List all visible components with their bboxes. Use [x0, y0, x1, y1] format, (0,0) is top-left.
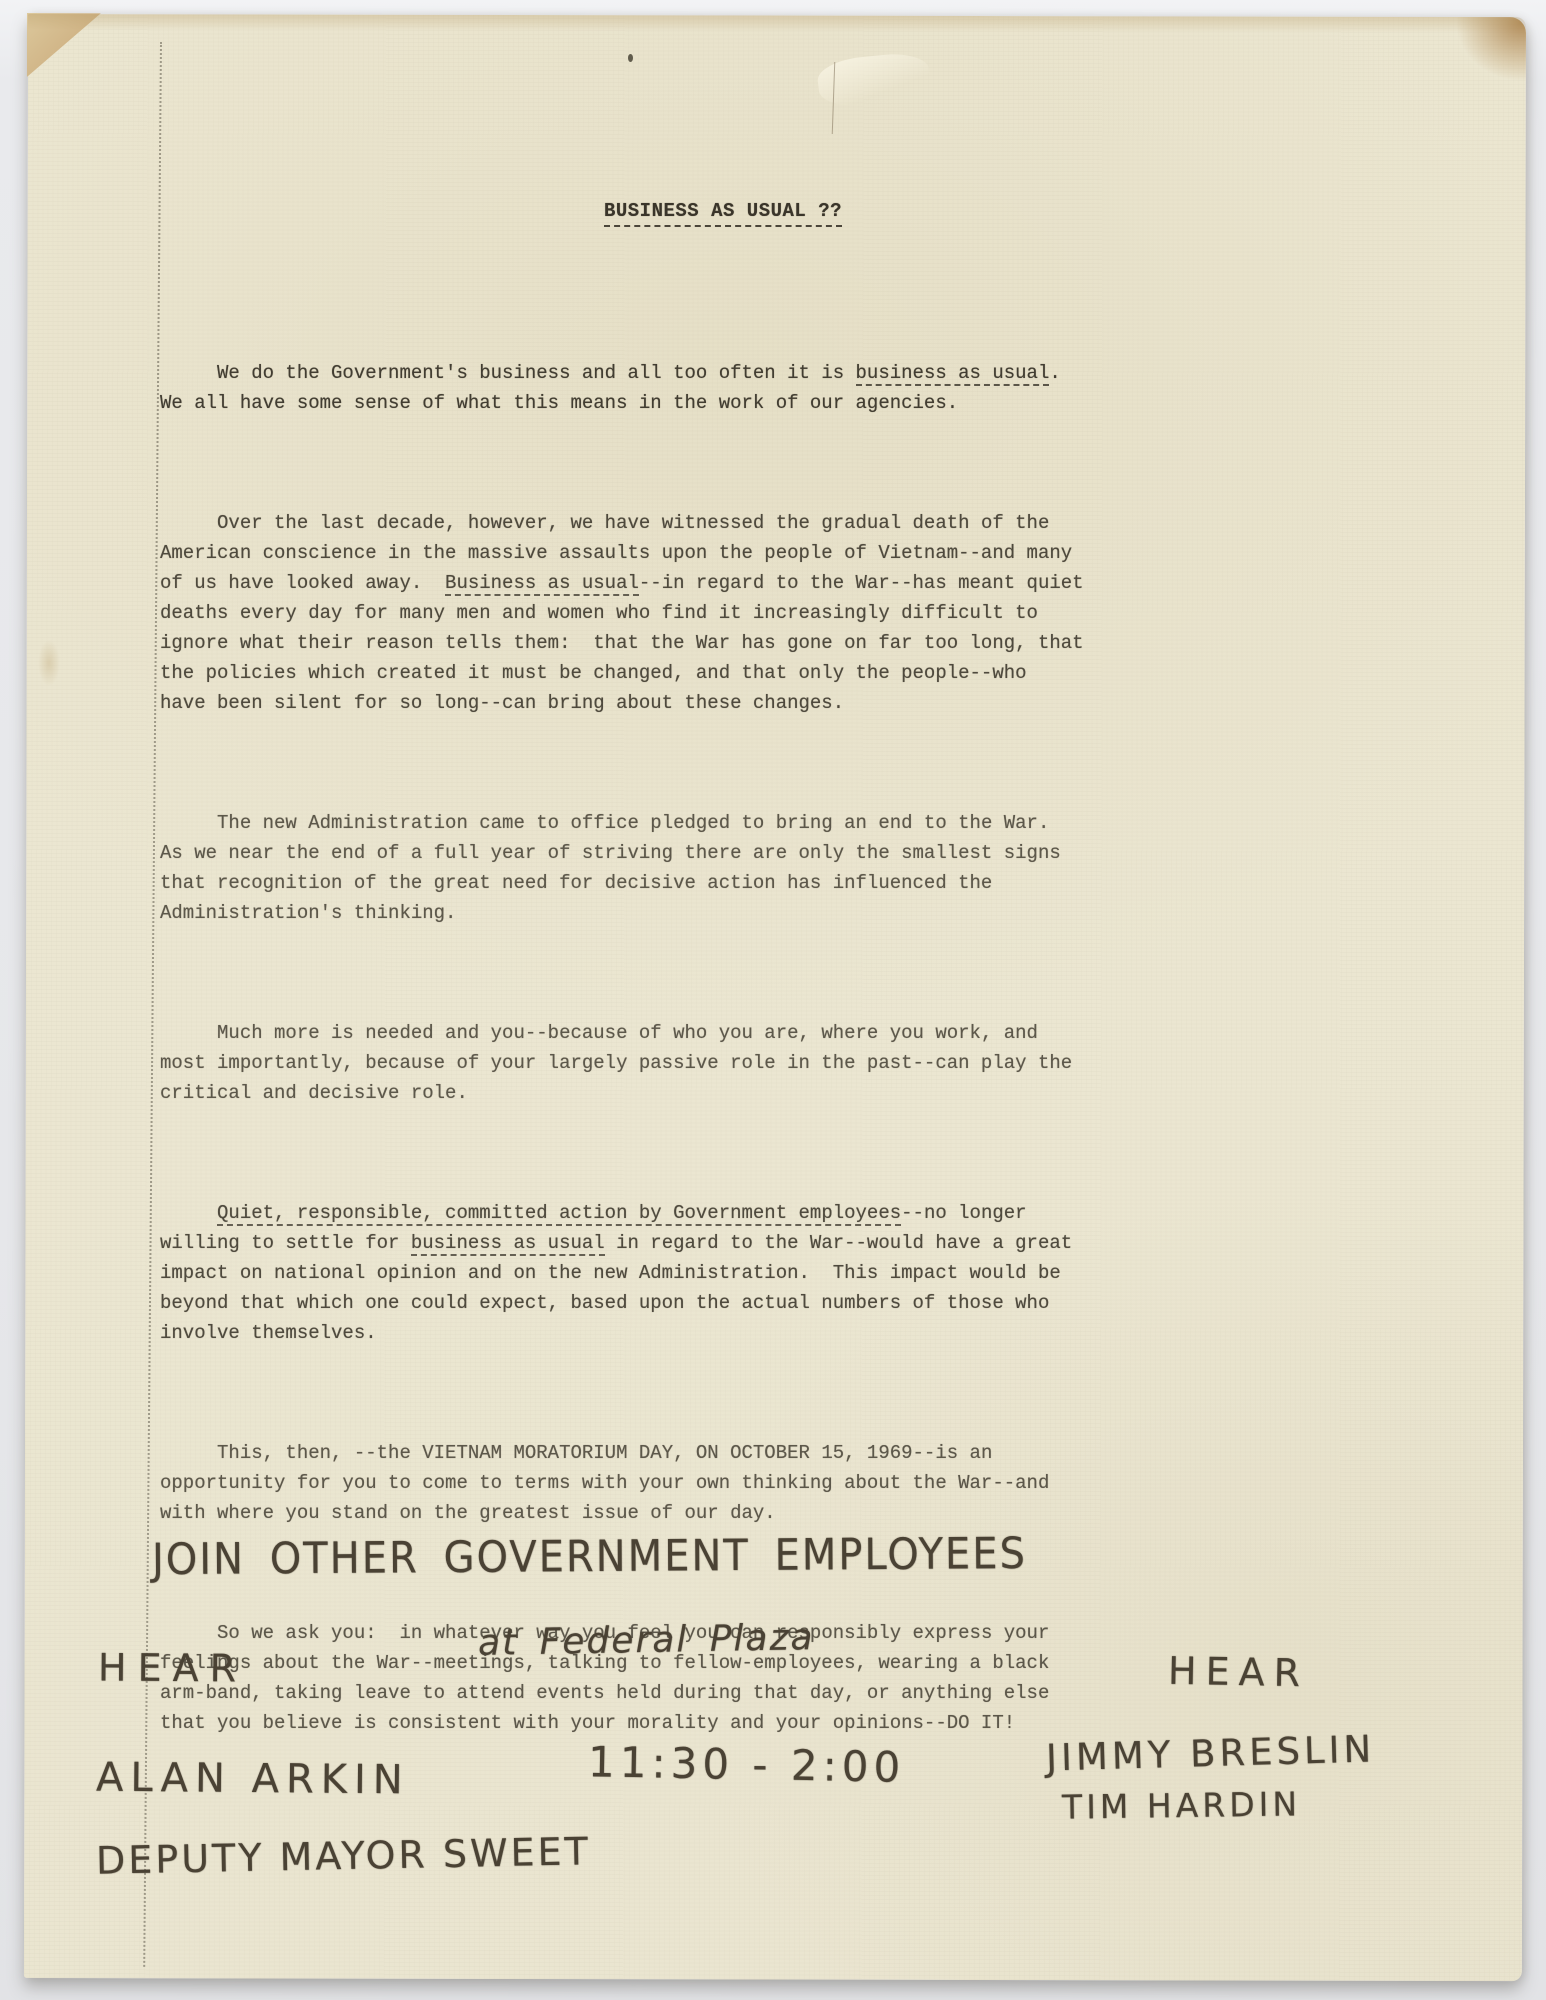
paper-smudge [38, 640, 60, 686]
typed-paragraph-1: We do the Government's business and all … [160, 358, 1112, 418]
handwriting-speaker-alan-arkin: ALAN ARKIN [96, 1755, 410, 1804]
handwriting-event-time: 11:30 - 2:00 [588, 1737, 906, 1792]
folded-corner [27, 13, 101, 77]
handwriting-location: at Federal Plaza [478, 1617, 815, 1664]
handwriting-hear-right: HEAR [1168, 1649, 1310, 1695]
document-title: BUSINESS AS USUAL ?? [247, 196, 1199, 226]
document-title-text: BUSINESS AS USUAL ?? [604, 200, 842, 227]
burn-mark [1406, 17, 1526, 127]
handwriting-join-line: JOIN OTHER GOVERNMENT EMPLOYEES [152, 1529, 1027, 1585]
typed-paragraph-6: This, then, --the VIETNAM MORATORIUM DAY… [160, 1438, 1112, 1528]
paper-speck [628, 54, 633, 62]
typed-paragraph-5: Quiet, responsible, committed action by … [160, 1198, 1112, 1348]
scanned-document-background: BUSINESS AS USUAL ?? We do the Governmen… [0, 0, 1546, 2000]
typed-paragraph-4: Much more is needed and you--because of … [160, 1018, 1112, 1108]
handwriting-speaker-jimmy-breslin: JIMMY BRESLIN [1045, 1727, 1375, 1779]
handwriting-hear-left: HEAR [98, 1645, 247, 1690]
handwriting-speaker-tim-hardin: TIM HARDIN [1062, 1784, 1302, 1826]
typed-paragraph-3: The new Administration came to office pl… [160, 808, 1112, 928]
typed-paragraph-2: Over the last decade, however, we have w… [160, 508, 1112, 718]
